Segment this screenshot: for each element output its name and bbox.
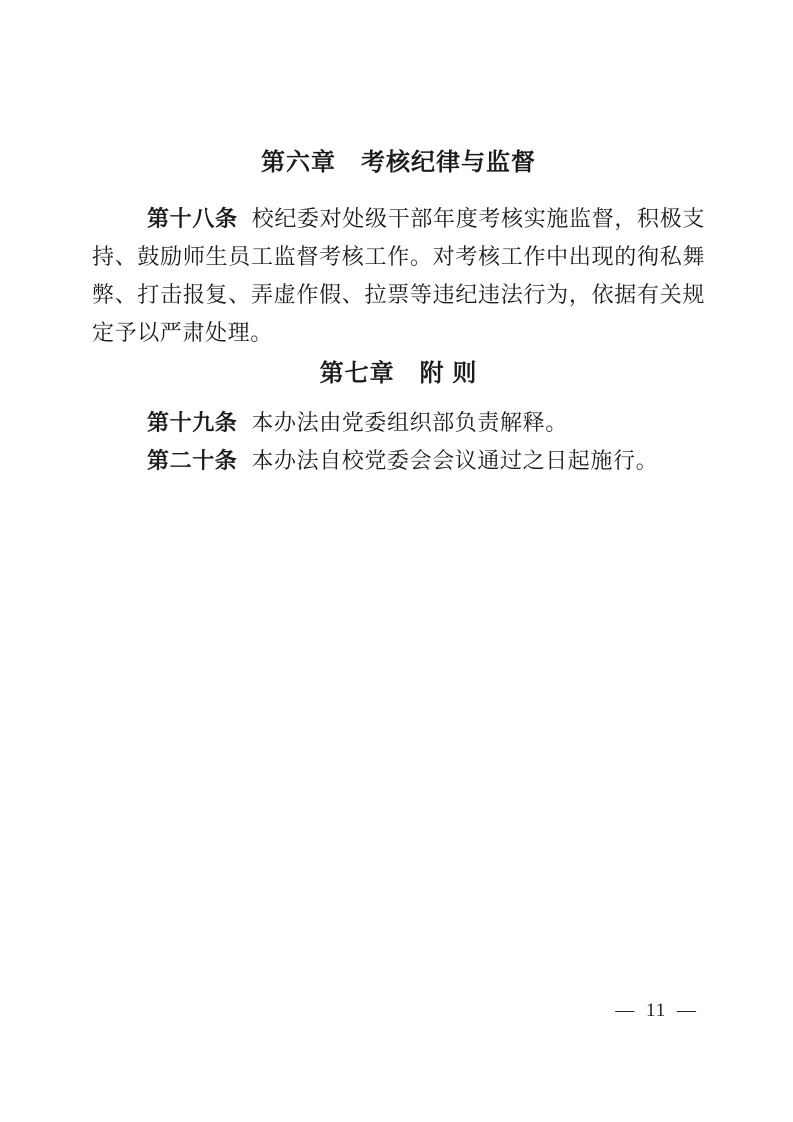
article-19-term: 第十九条 bbox=[147, 410, 237, 435]
article-19-text: 本办法由党委组织部负责解释。 bbox=[251, 410, 567, 435]
chapter-7-heading: 第七章 附 则 bbox=[92, 358, 705, 390]
page-number: — 11 — bbox=[615, 1001, 697, 1021]
article-20-term: 第二十条 bbox=[147, 448, 237, 473]
article-18-paragraph: 第十八条校纪委对处级干部年度考核实施监督，积极支持、鼓励师生员工监督考核工作。对… bbox=[92, 200, 705, 352]
document-content: 第六章 考核纪律与监督 第十八条校纪委对处级干部年度考核实施监督，积极支持、鼓励… bbox=[92, 147, 705, 480]
article-19-paragraph: 第十九条本办法由党委组织部负责解释。 bbox=[92, 404, 705, 442]
chapter-6-heading: 第六章 考核纪律与监督 bbox=[92, 147, 705, 179]
article-18-term: 第十八条 bbox=[147, 206, 238, 231]
article-20-text: 本办法自校党委会会议通过之日起施行。 bbox=[251, 448, 658, 473]
article-20-paragraph: 第二十条本办法自校党委会会议通过之日起施行。 bbox=[92, 442, 705, 480]
document-page: 第六章 考核纪律与监督 第十八条校纪委对处级干部年度考核实施监督，积极支持、鼓励… bbox=[0, 0, 793, 1122]
